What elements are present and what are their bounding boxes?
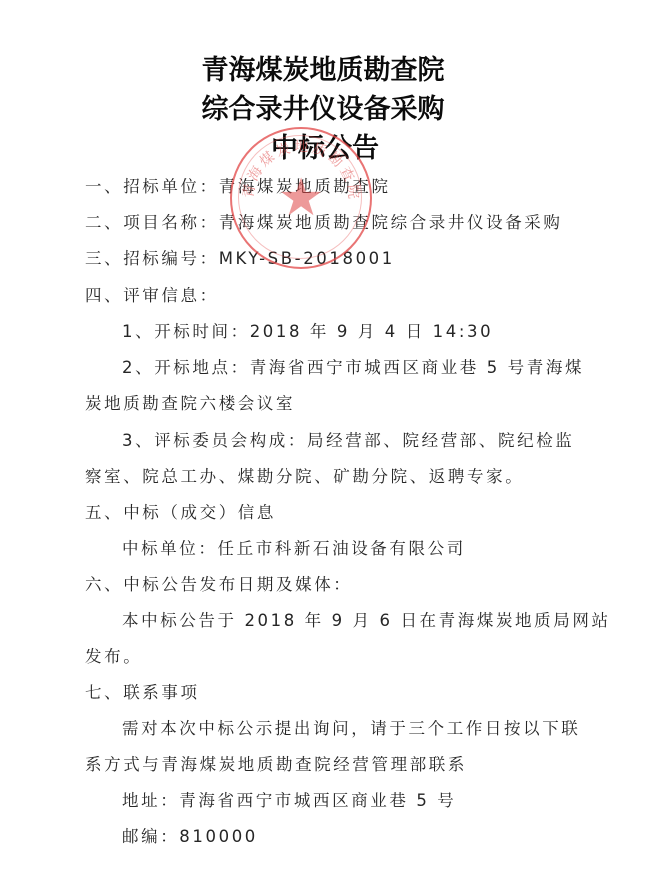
review-opening-location-cont: 炭地质勘查院六楼会议室: [85, 393, 295, 415]
review-opening-location: 2、开标地点：青海省西宁市城西区商业巷 5 号青海煤: [122, 357, 584, 379]
contact-instruction-cont: 系方式与青海煤炭地质勘查院经营管理部联系: [85, 754, 467, 776]
winning-unit: 中标单位：任丘市科新石油设备有限公司: [122, 538, 466, 560]
item-winning-info: 五、中标（成交）信息: [85, 502, 276, 524]
review-opening-time: 1、开标时间：2018 年 9 月 4 日 14:30: [122, 321, 493, 343]
item-project-name: 二、项目名称：青海煤炭地质勘查院综合录井仪设备采购: [85, 212, 563, 234]
review-committee: 3、评标委员会构成：局经营部、院经营部、院纪检监: [122, 430, 574, 452]
publish-statement-cont: 发布。: [85, 646, 142, 668]
contact-instruction: 需对本次中标公示提出询问，请于三个工作日按以下联: [122, 718, 580, 740]
publish-statement: 本中标公告于 2018 年 9 月 6 日在青海煤炭地质局网站: [122, 610, 611, 632]
item-contact: 七、联系事项: [85, 682, 200, 704]
title-announcement: 中标公告: [0, 131, 650, 167]
contact-address: 地址：青海省西宁市城西区商业巷 5 号: [122, 790, 456, 812]
title-project: 综合录井仪设备采购: [0, 92, 648, 128]
review-committee-cont: 察室、院总工办、煤勘分院、矿勘分院、返聘专家。: [85, 466, 524, 488]
title-organization: 青海煤炭地质勘查院: [0, 53, 648, 89]
item-tender-unit: 一、招标单位：青海煤炭地质勘查院: [85, 176, 391, 198]
item-tender-number: 三、招标编号：MKY-SB-2018001: [85, 248, 395, 270]
contact-postcode: 邮编：810000: [122, 826, 258, 848]
document-page: 青海煤炭地质勘查院 综合录井仪设备采购 中标公告 青海煤炭地质勘查院 ★ 一、招…: [0, 0, 650, 871]
item-publish-date-media: 六、中标公告发布日期及媒体：: [85, 574, 352, 596]
item-review-info: 四、评审信息：: [85, 285, 219, 307]
